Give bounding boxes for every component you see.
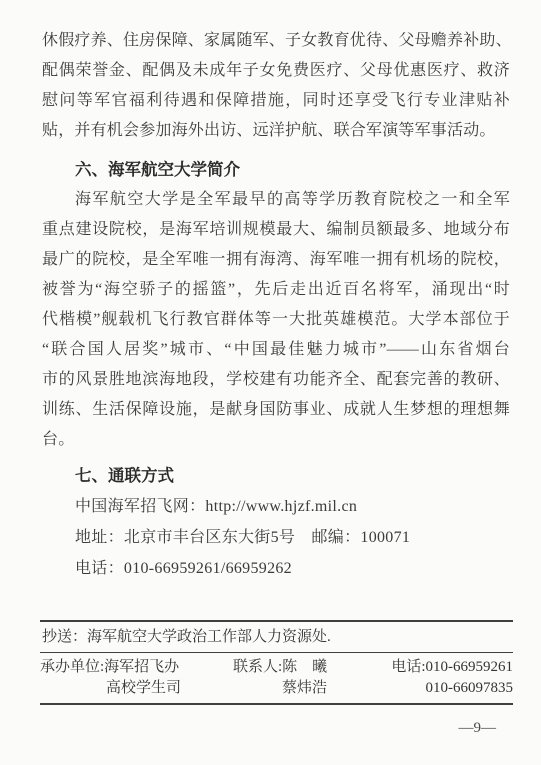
document-footer: 抄送：海军航空大学政治工作部人力资源处. 承办单位:海军招飞办 联系人:陈 曦 … bbox=[40, 620, 513, 705]
contact-cell: 联系人:陈 曦 bbox=[233, 657, 388, 678]
footer-cc-line: 抄送：海军航空大学政治工作部人力资源处. bbox=[40, 620, 513, 653]
benefits-paragraph: 休假疗养、住房保障、家属随军、子女教育优待、父母赡养补助、 配偶荣誉金、配偶及未… bbox=[42, 26, 510, 146]
footer-contact-table: 承办单位:海军招飞办 联系人:陈 曦 电话:010-66959261 高校学生司… bbox=[40, 653, 513, 705]
text-line: “联合国人居奖”城市、“中国最佳魅力城市”——山东省烟台 bbox=[42, 335, 510, 365]
text-line: 配偶荣誉金、配偶及未成年子女免费医疗、父母优惠医疗、救济 bbox=[42, 56, 510, 86]
document-body: 休假疗养、住房保障、家属随军、子女教育优待、父母赡养补助、 配偶荣誉金、配偶及未… bbox=[42, 26, 510, 584]
contact-cell: 蔡炜浩 bbox=[233, 678, 388, 699]
website-line: 中国海军招飞网：http://www.hjzf.mil.cn bbox=[42, 491, 510, 522]
text-line: 代楷模”舰载机飞行教官群体等一大批英雄模范。大学本部位于 bbox=[42, 305, 510, 335]
footer-row: 高校学生司 蔡炜浩 010-66097835 bbox=[40, 678, 513, 699]
text-line: 慰问等军官福利待遇和保障措施，同时还享受飞行专业津贴补 bbox=[42, 86, 510, 116]
text-line: 训练、生活保障设施，是献身国防事业、成就人生梦想的理想舞 bbox=[42, 395, 510, 425]
unit-cell: 承办单位:海军招飞办 bbox=[40, 657, 233, 678]
section-6-heading: 六、海军航空大学简介 bbox=[42, 155, 510, 185]
page-number: —9— bbox=[459, 720, 497, 737]
footer-row: 承办单位:海军招飞办 联系人:陈 曦 电话:010-66959261 bbox=[40, 657, 513, 678]
text-line: 贴，并有机会参加海外出访、远洋护航、联合军演等军事活动。 bbox=[42, 116, 510, 146]
text-line: 重点建设院校，是海军培训规模最大、编制员额最多、地域分布 bbox=[42, 215, 510, 245]
phone-cell: 电话:010-66959261 bbox=[388, 657, 513, 678]
document-page: 休假疗养、住房保障、家属随军、子女教育优待、父母赡养补助、 配偶荣誉金、配偶及未… bbox=[0, 0, 541, 765]
text-line: 市的风景胜地滨海地段，学校建有功能齐全、配套完善的教研、 bbox=[42, 365, 510, 395]
phone-cell: 010-66097835 bbox=[388, 678, 513, 699]
text-line: 休假疗养、住房保障、家属随军、子女教育优待、父母赡养补助、 bbox=[42, 26, 510, 56]
text-line: 被誉为“海空骄子的摇篮”，先后走出近百名将军，涌现出“时 bbox=[42, 275, 510, 305]
section-7-heading: 七、通联方式 bbox=[42, 461, 510, 491]
text-line: 最广的院校，是全军唯一拥有海湾、海军唯一拥有机场的院校， bbox=[42, 245, 510, 275]
unit-cell: 高校学生司 bbox=[40, 678, 233, 699]
text-line: 海军航空大学是全军最早的高等学历教育院校之一和全军 bbox=[42, 185, 510, 215]
text-line: 台。 bbox=[42, 425, 510, 455]
phone-line: 电话：010-66959261/66959262 bbox=[42, 553, 510, 584]
address-line: 地址：北京市丰台区东大街5号 邮编：100071 bbox=[42, 522, 510, 553]
contact-info: 中国海军招飞网：http://www.hjzf.mil.cn 地址：北京市丰台区… bbox=[42, 491, 510, 584]
university-intro-paragraph: 海军航空大学是全军最早的高等学历教育院校之一和全军 重点建设院校，是海军培训规模… bbox=[42, 185, 510, 455]
